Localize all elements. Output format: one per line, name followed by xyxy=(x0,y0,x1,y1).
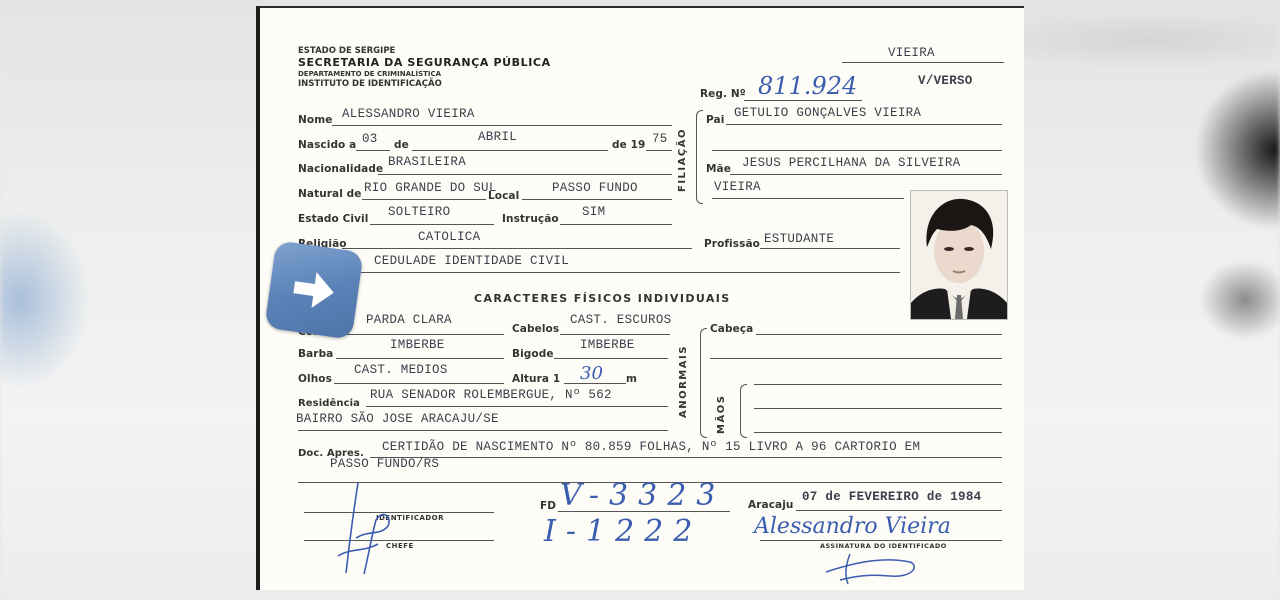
profissao-value: ESTUDANTE xyxy=(764,232,834,246)
header-institute: INSTITUTO DE IDENTIFICAÇÃO xyxy=(298,79,442,89)
photo xyxy=(910,190,1008,320)
altura-label: Altura 1 xyxy=(512,373,560,385)
profissao-label: Profissão xyxy=(704,238,760,250)
header-state: ESTADO DE SERGIPE xyxy=(298,46,395,56)
doc-value-2: PASSO FUNDO/RS xyxy=(330,457,439,471)
cor-value: PARDA CLARA xyxy=(366,313,452,327)
nome-label: Nome xyxy=(298,114,332,126)
secondary-signature xyxy=(820,546,930,586)
nacionalidade-label: Nacionalidade xyxy=(298,163,383,175)
identified-signature: Alessandro Vieira xyxy=(754,514,951,539)
extra-line-value: CEDULADE IDENTIDADE CIVIL xyxy=(374,254,569,268)
header-department: DEPARTAMENTO DE CRIMINALÍSTICA xyxy=(298,70,441,78)
doc-value-1: CERTIDÃO DE NASCIMENTO Nº 80.859 FOLHAS,… xyxy=(382,440,920,454)
chefe-signature xyxy=(328,478,408,578)
pai-label: Pai xyxy=(706,114,724,126)
mae-label: Mãe xyxy=(706,163,731,175)
mae-value-2: VIEIRA xyxy=(714,180,761,194)
identity-card: ESTADO DE SERGIPE SECRETARIA DA SEGURANÇ… xyxy=(256,6,1024,590)
barba-value: IMBERBE xyxy=(390,338,445,352)
next-arrow-button[interactable] xyxy=(264,240,363,339)
cabelos-value: CAST. ESCUROS xyxy=(570,313,671,327)
instrucao-label: Instrução xyxy=(502,213,559,225)
estado-civil-label: Estado Civil xyxy=(298,213,368,225)
local-label: Local xyxy=(488,190,519,202)
fd-value: V-3323 xyxy=(560,478,725,513)
cabeca-label: Cabeça xyxy=(710,323,753,335)
residencia-value-2: BAIRRO SÃO JOSE ARACAJU/SE xyxy=(296,412,499,426)
nascido-dia: 03 xyxy=(362,132,378,146)
nascido-label: Nascido a xyxy=(298,139,356,151)
residencia-value-1: RUA SENADOR ROLEMBERGUE, Nº 562 xyxy=(370,388,612,402)
city-label: Aracaju xyxy=(748,499,793,511)
natural-label: Natural de xyxy=(298,188,362,200)
pai-value: GETULIO GONÇALVES VIEIRA xyxy=(734,106,921,120)
fd-value-2: I-1222 xyxy=(544,514,702,549)
barba-label: Barba xyxy=(298,348,333,360)
residencia-label: Residência xyxy=(298,398,360,409)
bigode-value: IMBERBE xyxy=(580,338,635,352)
date-value: 07 de FEVEREIRO de 1984 xyxy=(802,490,981,504)
altura-value: 30 xyxy=(580,363,603,384)
mae-value-1: JESUS PERCILHANA DA SILVEIRA xyxy=(742,156,960,170)
reg-number: 811.924 xyxy=(758,72,857,100)
olhos-label: Olhos xyxy=(298,373,332,385)
bigode-label: Bigode xyxy=(512,348,554,360)
altura-unit: m xyxy=(626,373,637,385)
reg-label: Reg. Nº xyxy=(700,88,746,100)
nacionalidade-value: BRASILEIRA xyxy=(388,155,466,169)
arrow-right-icon xyxy=(282,258,345,321)
estado-civil-value: SOLTEIRO xyxy=(388,205,450,219)
anormais-label: ANORMAIS xyxy=(678,345,689,418)
de19-label: de 19 xyxy=(612,139,645,151)
maos-label: MÃOS xyxy=(716,395,727,434)
religiao-value: CATOLICA xyxy=(418,230,480,244)
instrucao-value: SIM xyxy=(582,205,605,219)
fd-label: FD xyxy=(540,500,556,512)
nome-value: ALESSANDRO VIEIRA xyxy=(342,107,475,121)
natural-value: RIO GRANDE DO SUL xyxy=(364,181,497,195)
surname-top: VIEIRA xyxy=(888,46,935,60)
header-secretariat: SECRETARIA DA SEGURANÇA PÚBLICA xyxy=(298,56,551,69)
portrait-image xyxy=(911,191,1007,319)
nascido-ano: 75 xyxy=(652,132,668,146)
de-label: de xyxy=(394,139,409,151)
caracteres-title: CARACTERES FÍSICOS INDIVIDUAIS xyxy=(474,292,731,305)
local-value: PASSO FUNDO xyxy=(552,181,638,195)
cabelos-label: Cabelos xyxy=(512,323,559,335)
verso-label: V/VERSO xyxy=(918,74,973,88)
filiacao-label: FILIAÇÃO xyxy=(677,128,688,192)
olhos-value: CAST. MEDIOS xyxy=(354,363,448,377)
nascido-mes: ABRIL xyxy=(478,130,517,144)
